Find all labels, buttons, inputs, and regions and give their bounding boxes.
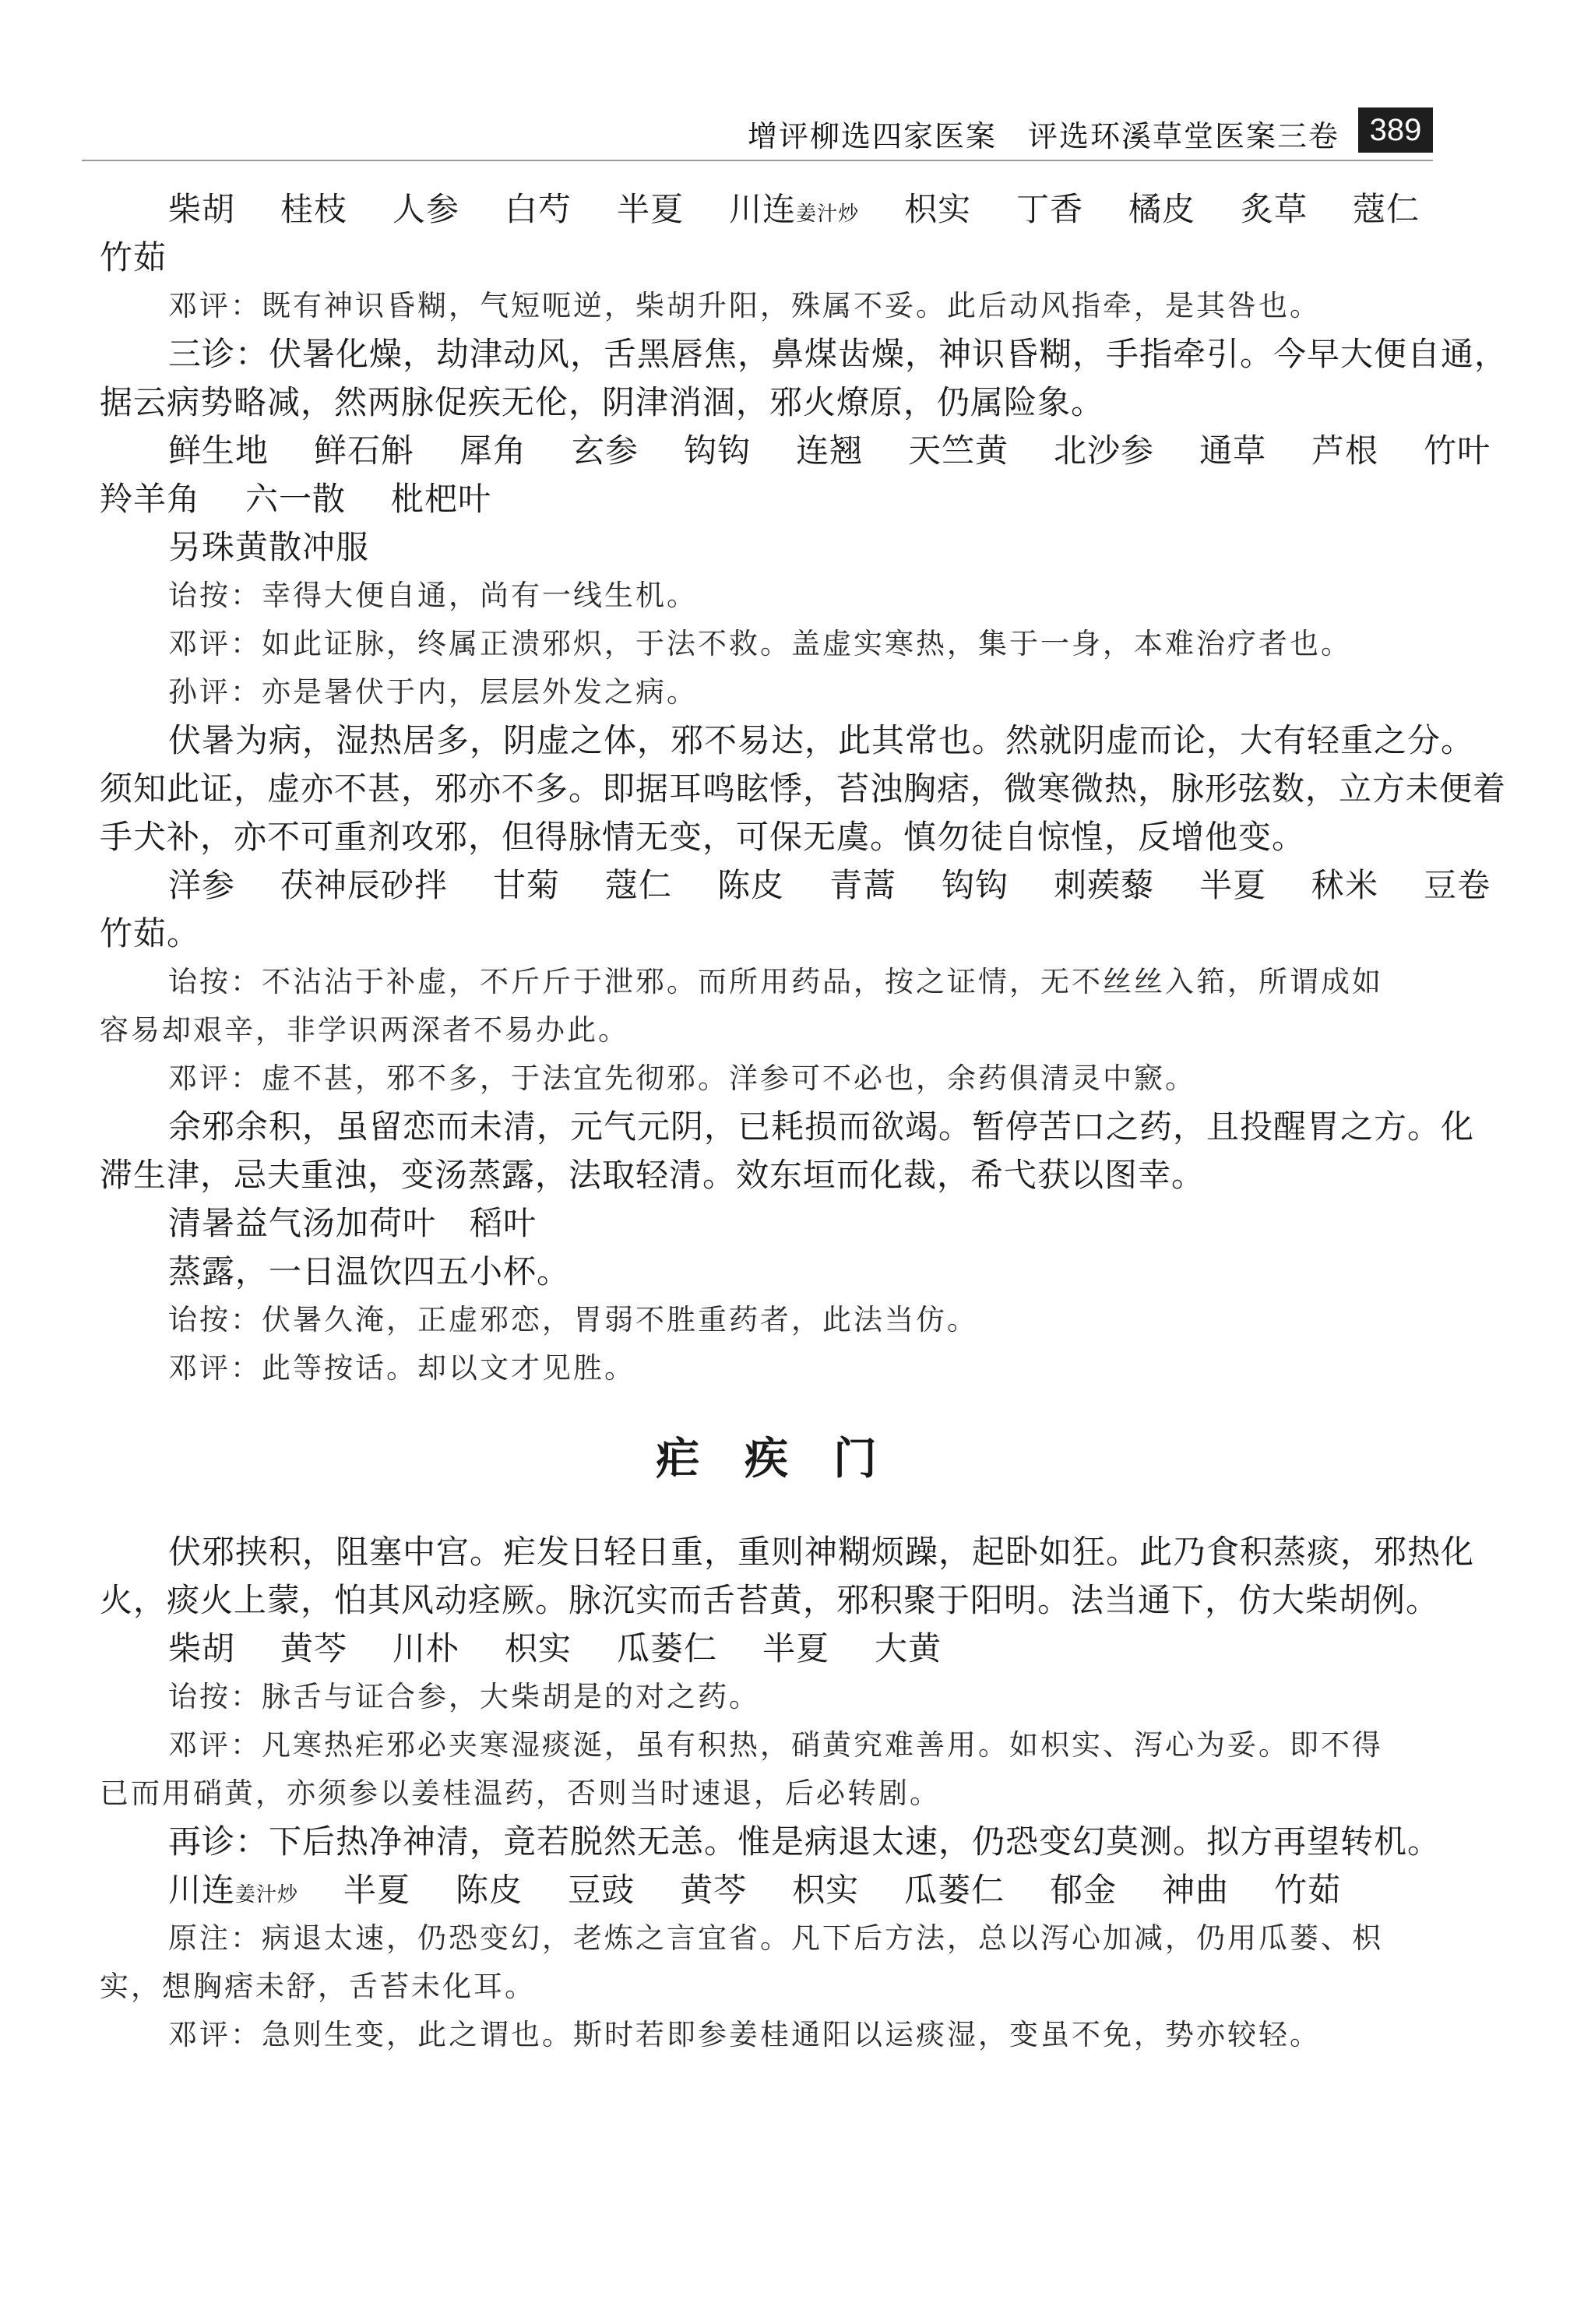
case-text: 伏邪挟积，阻塞中宫。疟发日轻日重，重则神糊烦躁，起卧如狂。此乃食积蒸痰，邪热化: [100, 1528, 1433, 1576]
herb: 枳实: [505, 1629, 572, 1667]
herb: 瓜蒌仁: [617, 1629, 717, 1667]
herb: 黄芩: [280, 1629, 347, 1667]
herb: 芦根: [1311, 431, 1378, 470]
herb: 陈皮: [717, 866, 784, 904]
header-rule: [82, 160, 1433, 161]
herb-list: 柴胡桂枝人参白芍半夏川连姜汁炒枳实丁香橘皮炙草蔻仁: [100, 185, 1433, 234]
herb: 瓜蒌仁: [904, 1871, 1005, 1909]
herb: 甘菊: [493, 866, 560, 904]
herb: 钩钩: [942, 866, 1009, 904]
herb: 鲜石斛: [314, 431, 414, 470]
herb: 豆豉: [568, 1871, 635, 1909]
herb: 通草: [1199, 431, 1266, 470]
herb: 神曲: [1162, 1871, 1229, 1909]
original-note: 原注：病退太速，仍恐变幻，老炼之言宜省。凡下后方法，总以泻心加减，仍用瓜蒌、枳: [100, 1914, 1433, 1963]
herb-list: 鲜生地鲜石斛犀角玄参钩钩连翘天竺黄北沙参通草芦根竹叶: [100, 427, 1433, 475]
herb-list-cont: 竹茹: [100, 234, 1433, 282]
herb-with-note: 川连姜汁炒: [729, 190, 859, 228]
herb: 柴胡: [168, 190, 235, 228]
deng-commentary: 邓评：此等按话。却以文才见胜。: [100, 1344, 1433, 1393]
herb: 桂枝: [280, 190, 347, 228]
yi-commentary: 诒按：脉舌与证合参，大柴胡是的对之药。: [100, 1673, 1433, 1721]
case-text: 手犬补，亦不可重剂攻邪，但得脉情无变，可保无虞。慎勿徒自惊惶，反增他变。: [100, 813, 1433, 861]
herb: 茯神辰砂拌: [280, 866, 448, 904]
case-text: 据云病势略减，然两脉促疾无伦，阴津消涸，邪火燎原，仍属险象。: [100, 379, 1433, 427]
case-text: 火，痰火上蒙，怕其风动痉厥。脉沉实而舌苔黄，邪积聚于阳明。法当通下，仿大柴胡例。: [100, 1576, 1433, 1625]
herb: 天竺黄: [908, 431, 1009, 470]
herb: 半夏: [343, 1871, 410, 1909]
usage-instruction: 蒸露，一日温饮四五小杯。: [100, 1248, 1433, 1296]
yi-commentary: 诒按：不沾沾于补虚，不斤斤于泄邪。而所用药品，按之证情，无不丝丝入筘，所谓成如: [100, 958, 1433, 1006]
herb-list-cont: 羚羊角六一散枇杷叶: [100, 475, 1433, 523]
herb-note: 姜汁炒: [235, 1883, 298, 1907]
case-text: 三诊：伏暑化燥，劫津动风，舌黑唇焦，鼻煤齿燥，神识昏糊，手指牵引。今早大便自通，: [100, 330, 1433, 379]
herb: 犀角: [459, 431, 526, 470]
deng-commentary: 邓评：急则生变，此之谓也。斯时若即参姜桂通阳以运痰湿，变虽不免，势亦较轻。: [100, 2011, 1433, 2059]
herb: 竹茹: [1274, 1871, 1341, 1909]
herb-list: 洋参茯神辰砂拌甘菊蔻仁陈皮青蒿钩钩刺蒺藜半夏秫米豆卷: [100, 861, 1433, 910]
extra-instruction: 另珠黄散冲服: [100, 523, 1433, 572]
running-title: 增评柳选四家医案 评选环溪草堂医案三卷: [748, 112, 1339, 155]
herb: 羚羊角: [100, 480, 200, 518]
original-note-cont: 实，想胸痞未舒，舌苔未化耳。: [100, 1963, 1433, 2011]
herb: 青蒿: [829, 866, 896, 904]
herb: 豆卷: [1424, 866, 1491, 904]
yi-commentary: 诒按：幸得大便自通，尚有一线生机。: [100, 572, 1433, 620]
herb: 人参: [392, 190, 459, 228]
herb: 半夏: [762, 1629, 829, 1667]
case-text: 余邪余积，虽留恋而未清，元气元阴，已耗损而欲竭。暂停苦口之药，且投醒胃之方。化: [100, 1103, 1433, 1151]
herb: 洋参: [168, 866, 235, 904]
herb: 蔻仁: [605, 866, 672, 904]
herb: 郁金: [1050, 1871, 1117, 1909]
deng-commentary: 邓评：既有神识昏糊，气短呃逆，柴胡升阳，殊属不妥。此后动风指牵，是其咎也。: [100, 282, 1433, 330]
herb: 刺蒺藜: [1054, 866, 1154, 904]
deng-commentary: 邓评：凡寒热疟邪必夹寒湿痰涎，虽有积热，硝黄究难善用。如枳实、泻心为妥。即不得: [100, 1721, 1433, 1769]
herb: 大黄: [875, 1629, 942, 1667]
deng-commentary-cont: 已而用硝黄，亦须参以姜桂温药，否则当时速退，后必转剧。: [100, 1769, 1433, 1818]
herb: 枳实: [792, 1871, 859, 1909]
deng-commentary: 邓评：虚不甚，邪不多，于法宜先彻邪。洋参可不必也，余药俱清灵中窾。: [100, 1055, 1433, 1103]
herb: 半夏: [1199, 866, 1266, 904]
herb: 枳实: [904, 190, 971, 228]
page-body: 柴胡桂枝人参白芍半夏川连姜汁炒枳实丁香橘皮炙草蔻仁 竹茹 邓评：既有神识昏糊，气…: [100, 185, 1433, 2059]
herb: 白芍: [505, 190, 572, 228]
page-number-badge: 389: [1358, 107, 1433, 153]
herb: 北沙参: [1054, 431, 1154, 470]
herb: 炙草: [1241, 190, 1308, 228]
herb: 陈皮: [456, 1871, 523, 1909]
herb: 鲜生地: [168, 431, 269, 470]
deng-commentary: 邓评：如此证脉，终属正溃邪炽，于法不救。盖虚实寒热，集于一身，本难治疗者也。: [100, 620, 1433, 668]
yi-commentary: 诒按：伏暑久淹，正虚邪恋，胃弱不胜重药者，此法当仿。: [100, 1296, 1433, 1344]
herb: 川朴: [392, 1629, 459, 1667]
case-text: 滞生津，忌夫重浊，变汤蒸露，法取轻清。效东垣而化裁，希弋获以图幸。: [100, 1151, 1433, 1199]
herb: 连翘: [796, 431, 863, 470]
herb-note: 姜汁炒: [796, 202, 859, 226]
herb: 黄芩: [680, 1871, 747, 1909]
case-text: 须知此证，虚亦不甚，邪亦不多。即据耳鸣眩悸，苔浊胸痞，微寒微热，脉形弦数，立方未…: [100, 765, 1433, 813]
sun-commentary: 孙评：亦是暑伏于内，层层外发之病。: [100, 668, 1433, 717]
herb: 橘皮: [1128, 190, 1195, 228]
herb-list-cont: 竹茹。: [100, 910, 1433, 958]
second-visit-text: 再诊：下后热净神清，竟若脱然无恙。惟是病退太速，仍恐变幻莫测。拟方再望转机。: [100, 1818, 1433, 1866]
running-header: 增评柳选四家医案 评选环溪草堂医案三卷 389: [701, 107, 1433, 154]
herb-list: 柴胡黄芩川朴枳实瓜蒌仁半夏大黄: [100, 1625, 1433, 1673]
herb: 蔻仁: [1353, 190, 1420, 228]
case-text: 伏暑为病，湿热居多，阴虚之体，邪不易达，此其常也。然就阴虚而论，大有轻重之分。: [100, 717, 1433, 765]
section-heading: 疟疾门: [100, 1421, 1433, 1498]
formula: 清暑益气汤加荷叶 稻叶: [100, 1199, 1433, 1248]
herb: 秫米: [1311, 866, 1378, 904]
yi-commentary-cont: 容易却艰辛，非学识两深者不易办此。: [100, 1006, 1433, 1055]
herb: 六一散: [245, 480, 346, 518]
herb-list: 川连姜汁炒半夏陈皮豆豉黄芩枳实瓜蒌仁郁金神曲竹茹: [100, 1866, 1433, 1914]
herb: 柴胡: [168, 1629, 235, 1667]
herb: 枇杷叶: [391, 480, 491, 518]
herb-with-note: 川连姜汁炒: [168, 1871, 298, 1909]
herb: 丁香: [1016, 190, 1083, 228]
herb: 竹叶: [1424, 431, 1491, 470]
herb: 半夏: [617, 190, 684, 228]
herb: 钩钩: [684, 431, 751, 470]
herb: 玄参: [572, 431, 639, 470]
